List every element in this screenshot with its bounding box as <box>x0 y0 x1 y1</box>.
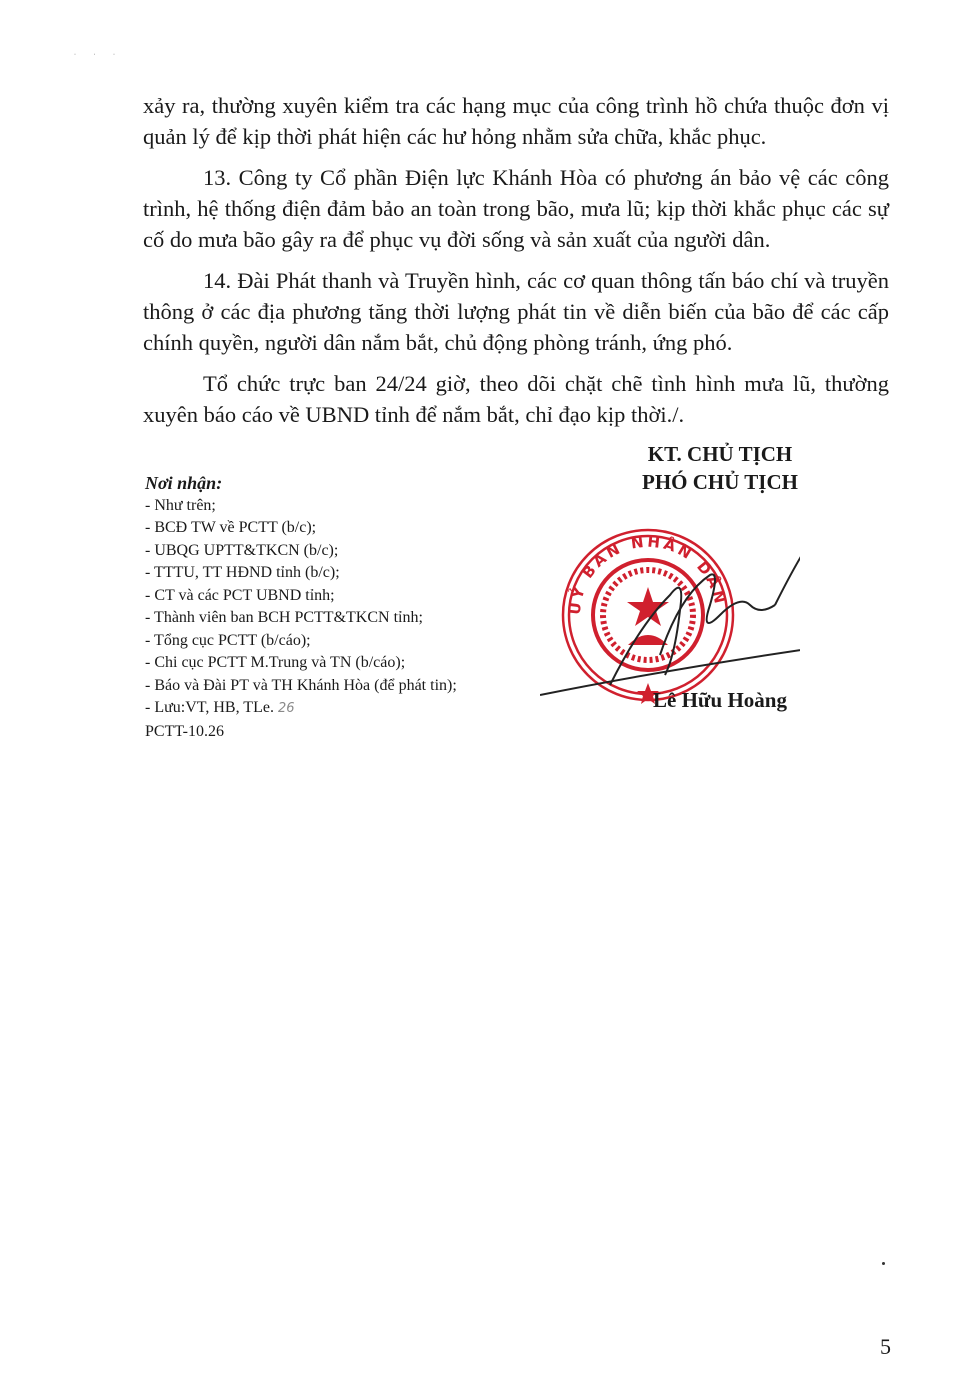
recipient-item: - TTTU, TT HĐND tỉnh (b/c); <box>145 562 565 585</box>
archive-text: - Lưu:VT, HB, TLe. <box>145 699 274 716</box>
recipient-item: - Như trên; <box>145 495 565 518</box>
recipient-item: - CT và các PCT UBND tỉnh; <box>145 585 565 608</box>
recipient-item: - Báo và Đài PT và TH Khánh Hòa (để phát… <box>145 675 565 698</box>
paragraph-item-13: 13. Công ty Cổ phần Điện lực Khánh Hòa c… <box>143 162 889 255</box>
signer-name: Lê Hữu Hoàng <box>590 688 850 713</box>
recipient-item: - UBQG UPTT&TKCN (b/c); <box>145 540 565 563</box>
paragraph-closing: Tổ chức trực ban 24/24 giờ, theo dõi chặ… <box>143 368 889 430</box>
recipient-item: - Thành viên ban BCH PCTT&TKCN tỉnh; <box>145 607 565 630</box>
body-text: xảy ra, thường xuyên kiểm tra các hạng m… <box>143 90 889 440</box>
recipient-item: - Tổng cục PCTT (b/cáo); <box>145 630 565 653</box>
recipients-block: Nơi nhận: - Như trên; - BCĐ TW về PCTT (… <box>145 472 565 743</box>
recipient-item: - BCĐ TW về PCTT (b/c); <box>145 517 565 540</box>
recipients-heading: Nơi nhận: <box>145 472 565 495</box>
document-code: PCTT-10.26 <box>145 721 565 744</box>
paragraph-item-14: 14. Đài Phát thanh và Truyền hình, các c… <box>143 265 889 358</box>
official-seal-and-signature: UỶ BAN NHÂN DÂN TỈNH KHÁNH HOÀ <box>540 515 800 715</box>
recipient-item-archive: - Lưu:VT, HB, TLe.26 <box>145 697 565 721</box>
paragraph-continuation: xảy ra, thường xuyên kiểm tra các hạng m… <box>143 90 889 152</box>
scan-dot <box>882 1262 885 1265</box>
signature-title-line2: PHÓ CHỦ TỊCH <box>590 468 850 496</box>
handwritten-note: 26 <box>278 701 295 716</box>
signature-title-line1: KT. CHỦ TỊCH <box>590 440 850 468</box>
seal-icon: UỶ BAN NHÂN DÂN TỈNH KHÁNH HOÀ <box>540 515 733 704</box>
signature-title-block: KT. CHỦ TỊCH PHÓ CHỦ TỊCH <box>590 440 850 496</box>
page-number: 5 <box>880 1334 891 1360</box>
recipient-item: - Chi cục PCTT M.Trung và TN (b/cáo); <box>145 652 565 675</box>
scan-specks: · · · <box>74 52 123 58</box>
